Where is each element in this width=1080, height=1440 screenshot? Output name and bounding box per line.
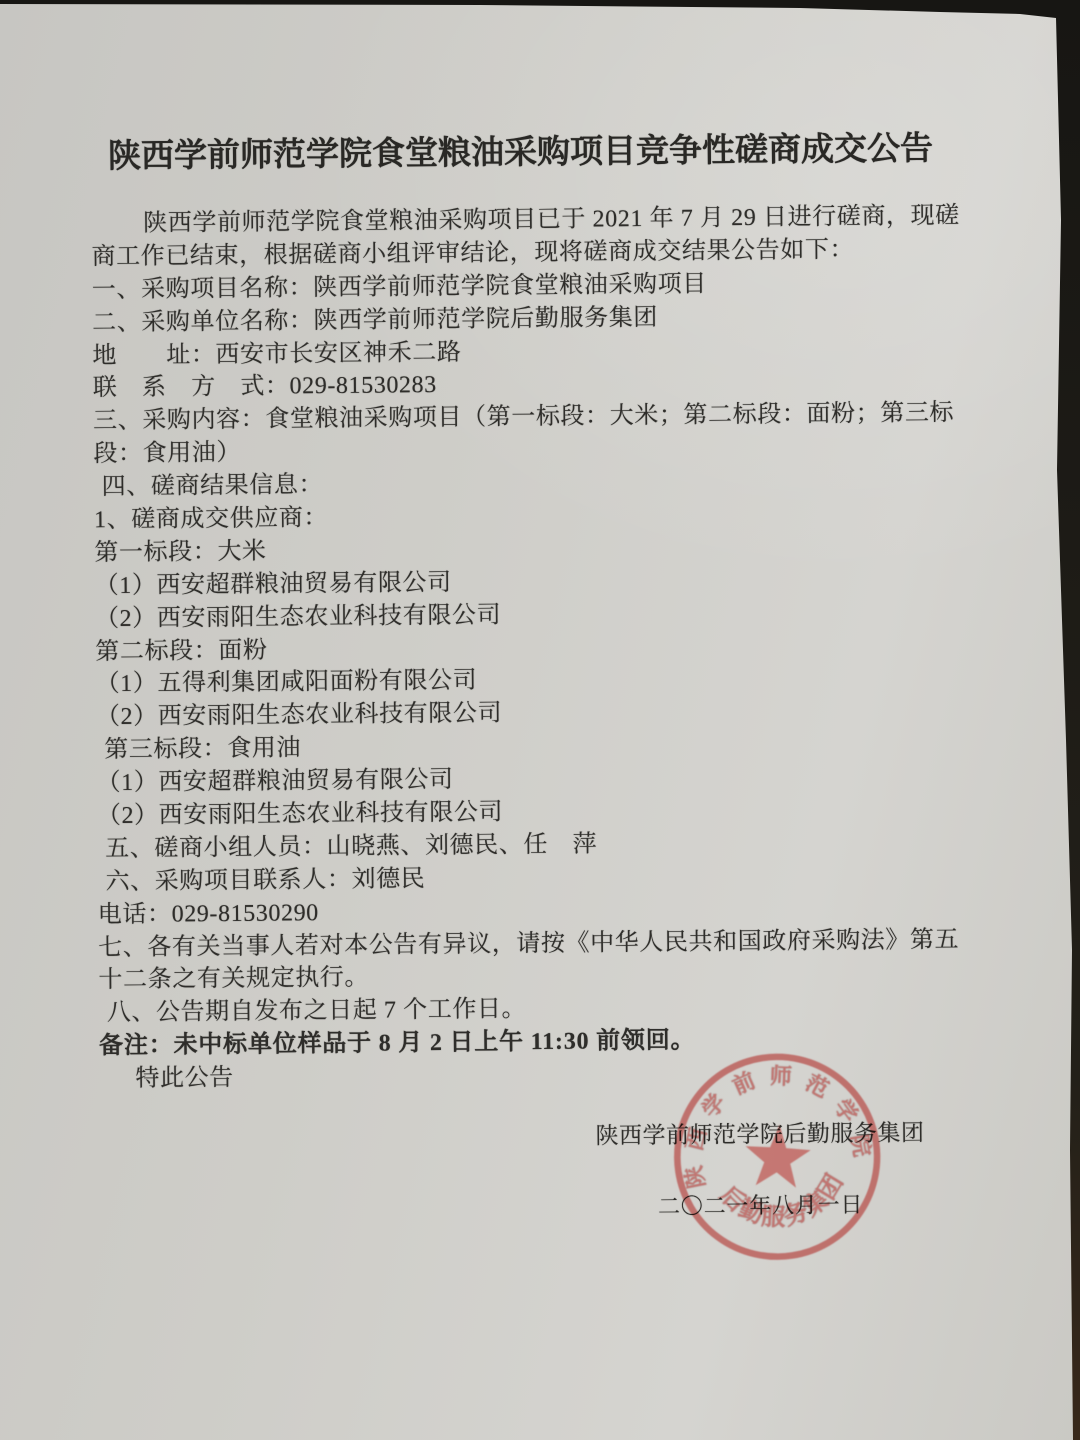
page-title: 陕西学前师范学院食堂粮油采购项目竞争性磋商成交公告 [86, 122, 954, 177]
official-seal: 陕西学前师范学院 后勤服务集团 [663, 1043, 891, 1271]
document-photo: 陕西学前师范学院食堂粮油采购项目竞争性磋商成交公告 陕西学前师范学院食堂粮油采购… [0, 0, 1080, 1440]
document-content: 陕西学前师范学院食堂粮油采购项目竞争性磋商成交公告 陕西学前师范学院食堂粮油采购… [0, 0, 1080, 1440]
body-text: 陕西学前师范学院食堂粮油采购项目已于 2021 年 7 月 29 日进行磋商，现… [91, 200, 965, 1096]
star-icon [743, 1123, 812, 1189]
